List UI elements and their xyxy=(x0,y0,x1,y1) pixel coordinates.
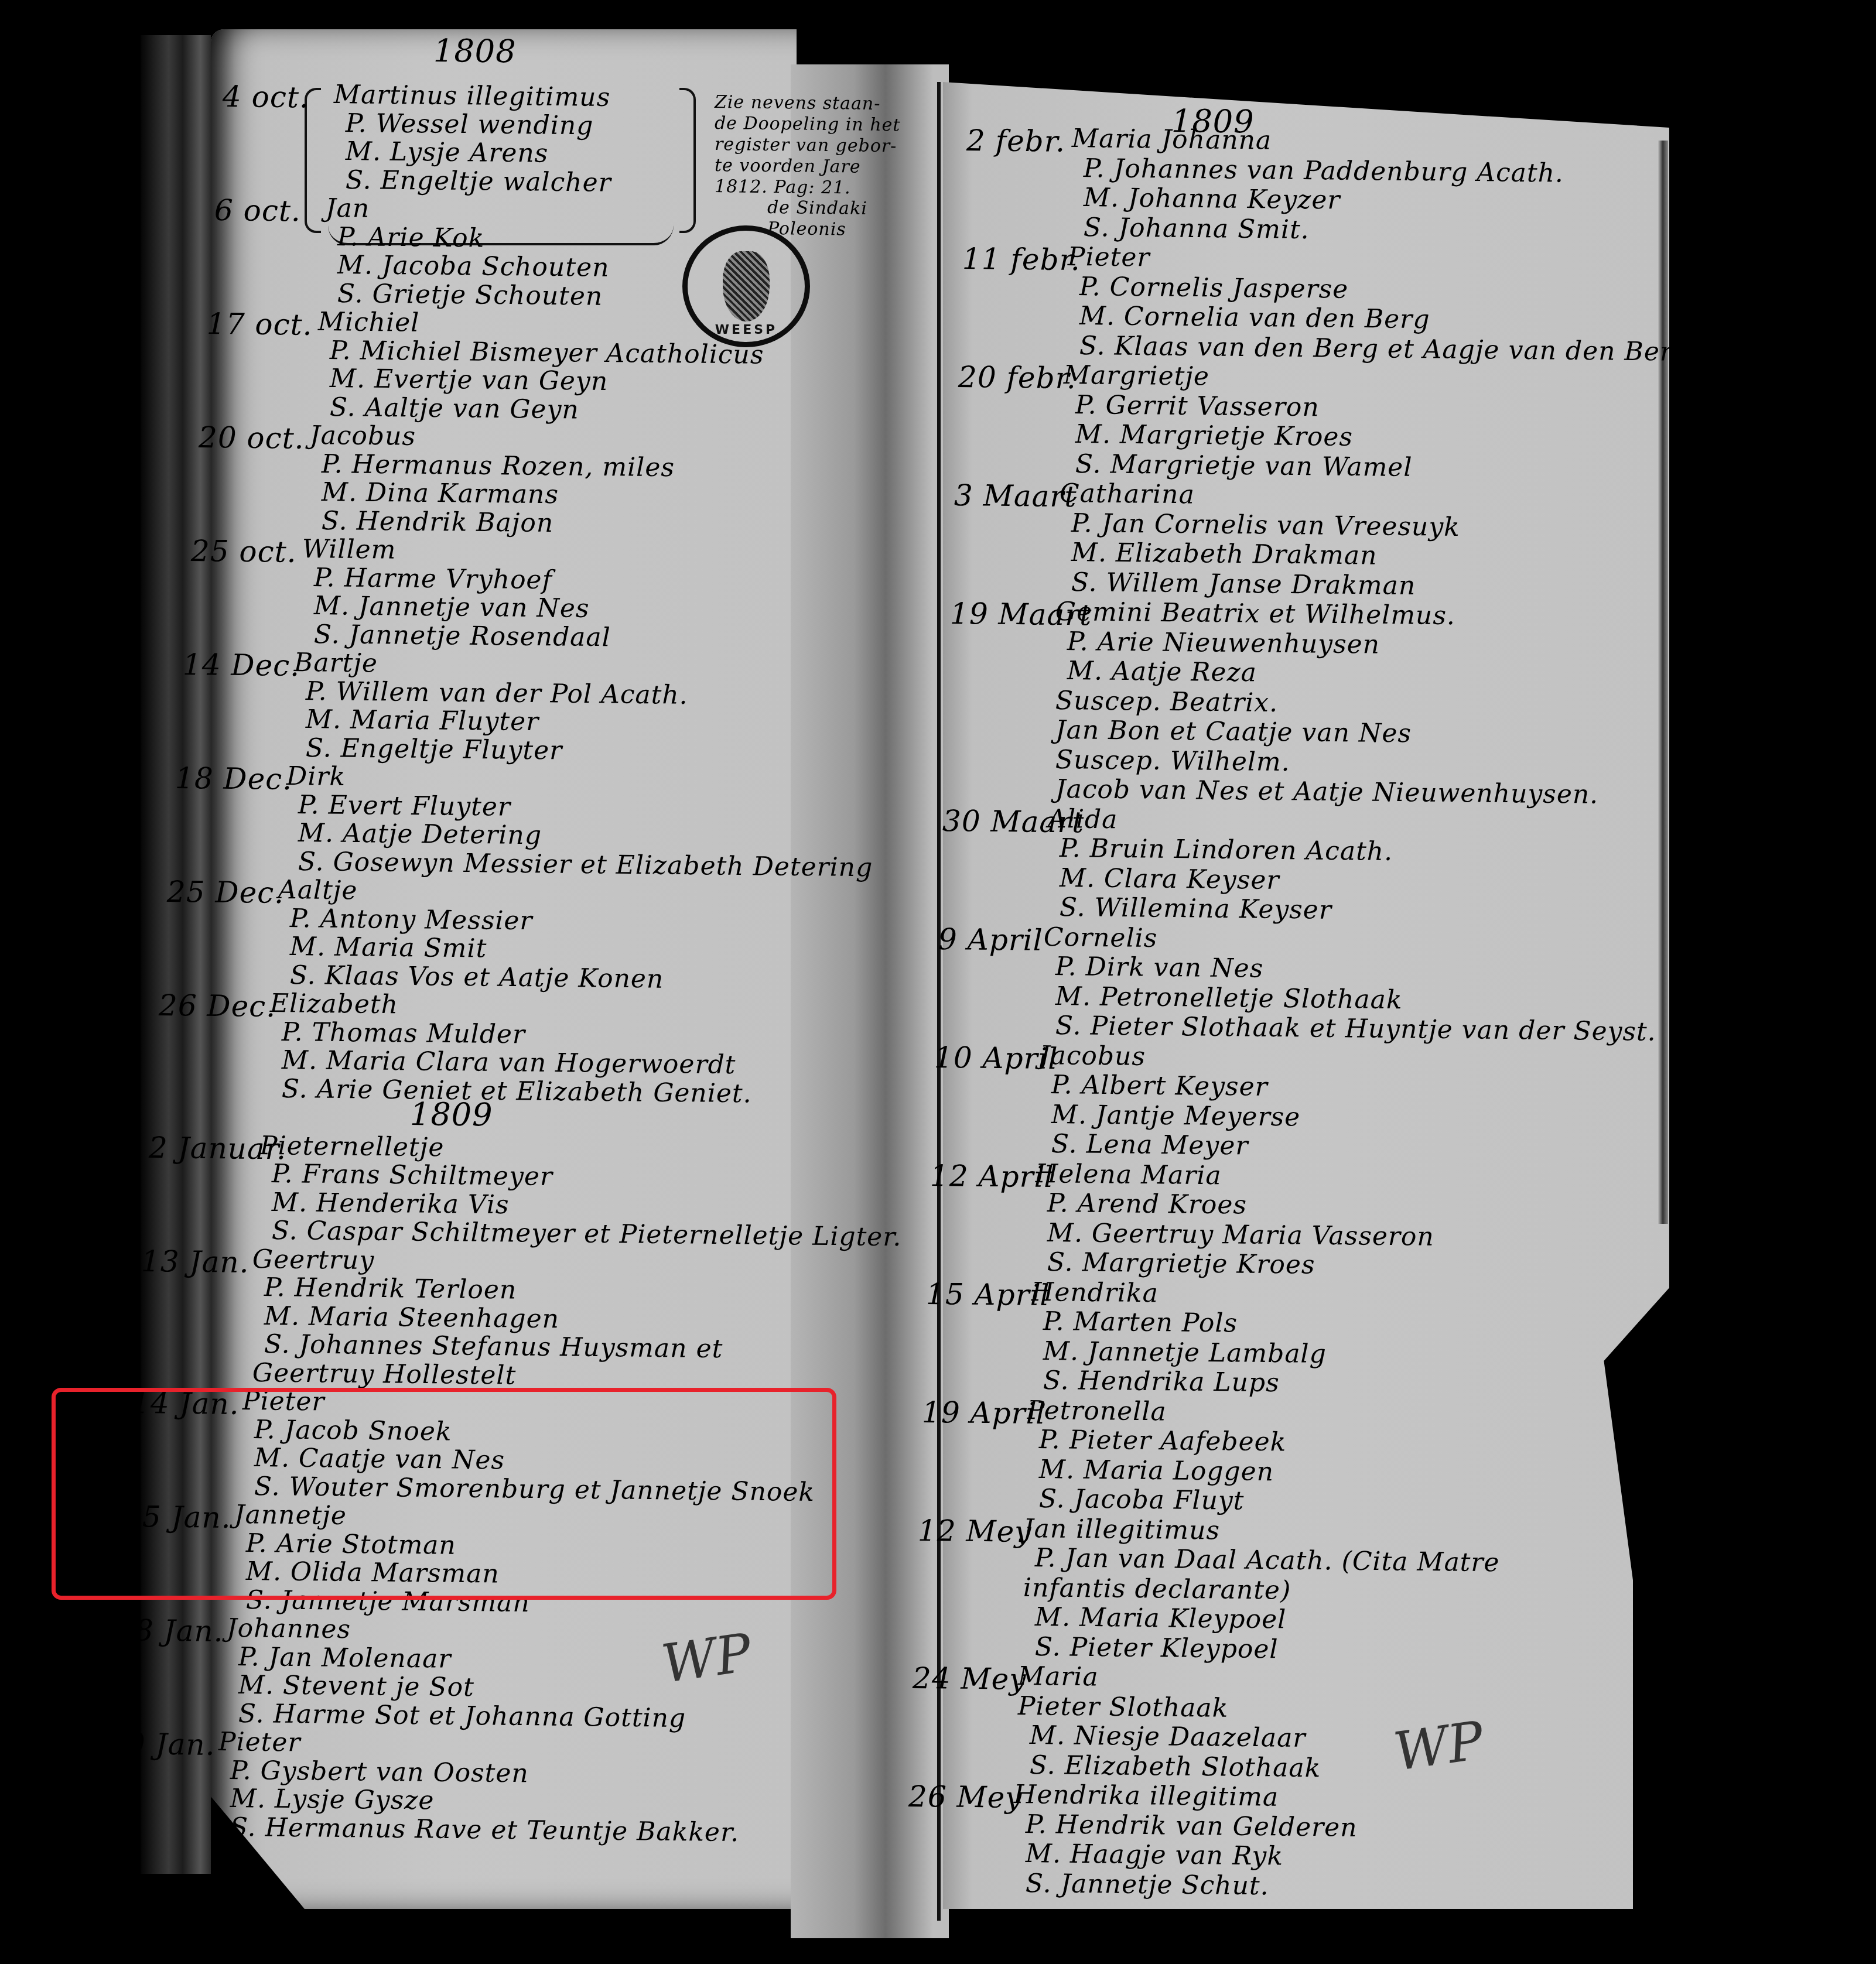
entry-line: S. Hendrika Lups xyxy=(1043,1368,1280,1396)
entry-line: M. Cornelia van den Berg xyxy=(1079,303,1430,333)
entry-line: P. Jacob Snoek xyxy=(254,1417,452,1445)
entry-line: M. Petronelletje Slothaak xyxy=(1055,984,1403,1013)
left-year-header: 1808 xyxy=(433,35,517,67)
entry-line: P. Michiel Bismeyer Acatholicus xyxy=(330,338,764,368)
entry-line: Maria Johanna xyxy=(1072,126,1272,154)
entry-line: Geertruy Hollestelt xyxy=(252,1360,517,1389)
entry-line: Jan Bon et Caatje van Nes xyxy=(1055,717,1412,747)
entry-line: Geertruy xyxy=(252,1247,375,1274)
entry-date: 11 febr. xyxy=(962,244,1081,275)
margin-note-line: 1812. Pag: 21. xyxy=(715,178,851,197)
margin-note-line: Zie nevens staan- xyxy=(715,94,881,113)
entry-line: Dirk xyxy=(286,764,346,790)
entry-line: Suscep. Wilhelm. xyxy=(1055,747,1290,775)
entry-date: 17 oct. xyxy=(207,309,313,340)
entry-line: S. Engeltje Fluyter xyxy=(306,735,563,764)
entry-line: S. Pieter Kleypoel xyxy=(1035,1634,1279,1662)
entry-line: M. Olida Marsman xyxy=(246,1559,500,1587)
entry-line: M. Jannetje van Nes xyxy=(313,593,589,622)
entry-line: M. Maria Fluyter xyxy=(306,707,539,735)
entry-line: P. Albert Keyser xyxy=(1051,1072,1268,1100)
entry-line: M. Lysje Arens xyxy=(346,139,549,167)
entry-line: M. Maria Kleypoel xyxy=(1035,1604,1287,1633)
entry-line: M. Geertruy Maria Vasseron xyxy=(1047,1220,1434,1250)
entry-line: P. Hendrik Terloen xyxy=(264,1275,517,1303)
margin-note-line: de Sindaki xyxy=(767,199,867,218)
entry-date: 13 Jan. xyxy=(141,1247,250,1277)
entry-line: P. Harme Vryhoef xyxy=(313,565,552,593)
entry-line: Jannetje xyxy=(234,1502,347,1529)
entry-line: S. Arie Geniet et Elizabeth Geniet. xyxy=(282,1076,752,1107)
entry-line: Alida xyxy=(1048,806,1118,833)
entry-line: Jacobus xyxy=(1040,1043,1146,1070)
seal-stamp: WEESP xyxy=(682,225,810,347)
entry-line: P. Jan van Daal Acath. (Cita Matre xyxy=(1035,1545,1500,1576)
entry-line: S. Johannes Stefanus Huysman et xyxy=(264,1332,723,1362)
entry-line: S. Lena Meyer xyxy=(1051,1131,1249,1159)
entry-date: 18 Dec. xyxy=(175,764,292,794)
margin-note-line: te voorden Jare xyxy=(715,157,861,176)
entry-line: infantis declarante) xyxy=(1023,1575,1291,1604)
entry-line: P. Pieter Aafebeek xyxy=(1039,1427,1287,1455)
entry-line: P. Arie Kok xyxy=(337,224,485,252)
entry-line: S. Elizabeth Slothaak xyxy=(1030,1753,1321,1781)
entry-line: M. Jantje Meyerse xyxy=(1051,1102,1301,1130)
left-binding xyxy=(141,35,211,1874)
entry-line: S. Margrietje van Wamel xyxy=(1075,451,1413,481)
entry-line: Jan xyxy=(326,196,370,222)
entry-line: M. Maria Clara van Hogerwoerdt xyxy=(282,1048,736,1078)
entry-line: P. Hendrik van Gelderen xyxy=(1026,1812,1358,1841)
entry-date: 15 Jan. xyxy=(123,1502,231,1532)
entry-line: P. Cornelis Jasperse xyxy=(1079,274,1349,303)
entry-line: P. Marten Pols xyxy=(1043,1309,1238,1336)
entry-line: S. Engeltje walcher xyxy=(346,167,611,196)
entry-line: M. Lysje Gysze xyxy=(230,1786,435,1814)
entry-line: P. Frans Schiltmeyer xyxy=(272,1161,553,1190)
seal-text: WEESP xyxy=(688,323,805,337)
entry-line: M. Caatje van Nes xyxy=(254,1445,505,1473)
entry-line: M. Aatje Reza xyxy=(1067,658,1256,686)
entry-line: Pieter Slothaak xyxy=(1018,1693,1229,1722)
entry-line: P. Jan Molenaar xyxy=(238,1644,451,1672)
entry-line: Pieter xyxy=(242,1388,325,1415)
entry-line: Cornelis xyxy=(1044,925,1158,952)
entry-line: S. Jannetje Rosendaal xyxy=(313,622,610,651)
entry-date: 14 Jan. xyxy=(131,1388,240,1419)
entry-line: P. Hermanus Rozen, miles xyxy=(322,451,675,481)
entry-line: S. Harme Sot et Johanna Gotting xyxy=(238,1701,686,1732)
entry-line: Aaltje xyxy=(278,877,358,904)
entry-line: P. Arend Kroes xyxy=(1047,1190,1247,1219)
entry-date: 20 oct. xyxy=(199,423,305,453)
entry-line: P. Willem van der Pol Acath. xyxy=(306,679,688,709)
entry-line: P. Arie Stotman xyxy=(246,1531,456,1559)
brace-right xyxy=(679,88,696,233)
entry-line: M. Haagje van Ryk xyxy=(1026,1841,1283,1870)
entry-line: Bartje xyxy=(294,650,378,676)
entry-line: Margrietje xyxy=(1064,362,1209,390)
entry-line: P. Gysbert van Oosten xyxy=(230,1758,529,1787)
entry-line: S. Hendrik Bajon xyxy=(322,508,554,536)
entry-line: S. Willem Janse Drakman xyxy=(1071,570,1416,599)
entry-date: 25 Dec. xyxy=(167,877,285,908)
entry-line: M. Aatje Detering xyxy=(298,820,541,848)
entry-date: 12 Mey xyxy=(918,1516,1032,1546)
entry-line: M. Henderika Vis xyxy=(272,1190,510,1218)
entry-line: P. Gerrit Vasseron xyxy=(1075,392,1320,420)
entry-line: Jan illegitimus xyxy=(1023,1516,1221,1544)
entry-line: S. Pieter Slothaak et Huyntje van der Se… xyxy=(1055,1013,1656,1045)
book-gutter xyxy=(791,64,949,1938)
entry-line: M. Niesje Daazelaar xyxy=(1030,1723,1306,1751)
entry-line: S. Johanna Smit. xyxy=(1084,215,1310,243)
entry-line: M. Maria Loggen xyxy=(1039,1457,1274,1485)
entry-line: Pieter xyxy=(218,1729,301,1756)
entry-line: P. Thomas Mulder xyxy=(282,1019,526,1048)
entry-line: Johannes xyxy=(226,1616,350,1643)
entry-line: P. Antony Messier xyxy=(290,906,533,934)
entry-date: 4 oct. xyxy=(223,82,309,112)
entry-line: Gemini Beatrix et Wilhelmus. xyxy=(1055,599,1455,629)
entry-date: 26 Dec. xyxy=(159,991,276,1021)
entry-line: Pieter xyxy=(1068,244,1150,271)
entry-line: M. Maria Steenhagen xyxy=(264,1303,559,1332)
entry-line: S. Jannetje Schut. xyxy=(1026,1871,1269,1899)
entry-line: Helena Maria xyxy=(1036,1161,1222,1189)
entry-line: Michiel xyxy=(318,309,420,336)
entry-line: P. Johannes van Paddenburg Acath. xyxy=(1084,156,1564,187)
entry-line: S. Margrietje Kroes xyxy=(1047,1250,1315,1278)
entry-line: S. Klaas Vos et Aatje Konen xyxy=(290,963,664,993)
entry-line: M. Jannetje Lambalg xyxy=(1043,1339,1327,1367)
entry-line: Petronella xyxy=(1027,1398,1167,1425)
entry-line: Jacob van Nes et Aatje Nieuwenhuysen. xyxy=(1055,776,1598,808)
entry-date: 2 febr. xyxy=(966,126,1066,156)
entry-date: 14 Dec. xyxy=(183,650,300,680)
entry-line: M. Clara Keyser xyxy=(1060,865,1280,894)
entry-line: S. Gosewyn Messier et Elizabeth Detering xyxy=(298,849,873,881)
entry-line: S. Klaas van den Berg et Aagje van den B… xyxy=(1079,333,1699,365)
entry-date: 3 Maart xyxy=(954,481,1077,511)
entry-date: 30 Jan. xyxy=(107,1729,216,1760)
left-initials-mark: WP xyxy=(658,1622,755,1695)
entry-line: M. Dina Karmans xyxy=(322,480,559,508)
entry-line: Suscep. Beatrix. xyxy=(1055,688,1278,716)
entry-line: P. Dirk van Nes xyxy=(1055,954,1264,982)
gutter-line xyxy=(937,82,941,1921)
entry-line: S. Willemina Keyser xyxy=(1060,895,1332,923)
entry-date: 6 oct. xyxy=(214,196,301,226)
entry-line: Martinus illegitimus xyxy=(334,82,611,111)
entry-date: 9 April xyxy=(938,925,1043,955)
entry-date: 25 oct. xyxy=(190,536,296,567)
entry-line: P. Wessel wending xyxy=(346,111,594,139)
entry-line: M. Maria Smit xyxy=(290,934,487,962)
entry-line: Catharina xyxy=(1060,481,1195,508)
margin-note-line: de Doopeling in het xyxy=(715,115,901,134)
entry-line: P. Evert Fluyter xyxy=(298,792,510,820)
entry-line: M. Margrietje Kroes xyxy=(1075,422,1353,450)
entry-line: S. Jacoba Fluyt xyxy=(1039,1486,1245,1514)
entry-line: S. Jannetje Marsman xyxy=(246,1587,530,1616)
entry-date: 24 Mey xyxy=(913,1664,1027,1694)
entry-line: S. Grietje Schouten xyxy=(337,281,603,310)
entry-line: P. Arie Nieuwenhuysen xyxy=(1067,629,1379,658)
entry-line: P. Bruin Lindoren Acath. xyxy=(1060,836,1393,865)
right-initials-mark: WP xyxy=(1390,1710,1487,1783)
entry-date: 20 febr. xyxy=(958,362,1077,393)
entry-line: S. Aaltje van Geyn xyxy=(330,395,579,423)
margin-note-line: register van gebor- xyxy=(715,136,897,155)
right-page-edge xyxy=(1658,141,1668,1224)
entry-date: 28 Jan. xyxy=(115,1616,223,1646)
entry-date: 26 Mey xyxy=(908,1782,1023,1812)
entry-line: P. Jan Cornelis van Vreesuyk xyxy=(1071,511,1460,540)
entry-line: Pieternelletje xyxy=(260,1133,445,1161)
entry-line: Hendrika illegitima xyxy=(1014,1782,1279,1811)
entry-line: Maria xyxy=(1018,1664,1099,1690)
entry-line: M. Johanna Keyzer xyxy=(1084,185,1341,214)
entry-line: S. Hermanus Rave et Teuntje Bakker. xyxy=(230,1815,740,1846)
entry-line: Elizabeth xyxy=(270,991,398,1018)
entry-line: Jacobus xyxy=(310,423,416,450)
seal-emblem-icon xyxy=(723,251,770,321)
entry-line: Willem xyxy=(302,536,396,563)
entry-line: Hendrika xyxy=(1031,1279,1159,1306)
entry-line: M. Jacoba Schouten xyxy=(337,252,610,281)
entry-line: M. Stevent je Sot xyxy=(238,1672,474,1700)
entry-line: M. Elizabeth Drakman xyxy=(1071,540,1378,569)
year-marker: 1809 xyxy=(410,1099,493,1131)
entry-line: M. Evertje van Geyn xyxy=(330,366,609,395)
